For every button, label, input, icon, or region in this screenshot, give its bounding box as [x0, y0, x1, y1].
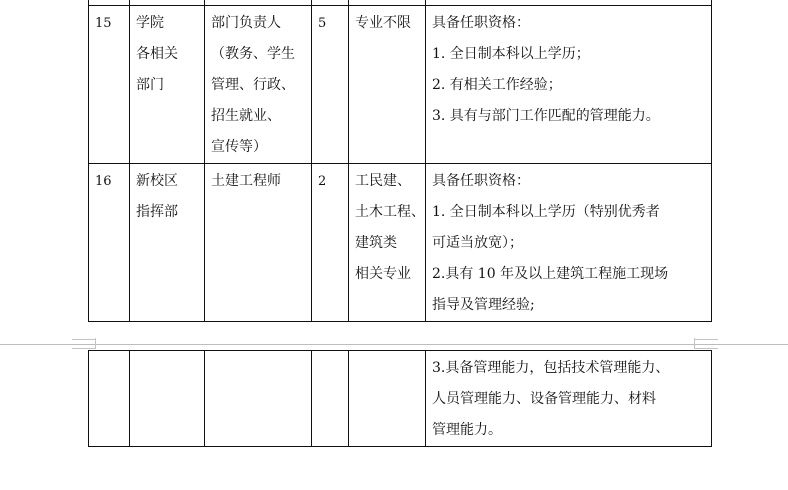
recruitment-table-page2: 3.具备管理能力，包括技术管理能力、 人员管理能力、设备管理能力、材料 管理能力…	[88, 350, 712, 447]
table-row-16: 16 新校区 指挥部 土建工程师 2 工民建、 土木工程、 建筑类 相关专业 具…	[89, 164, 712, 322]
crop-mark-left	[95, 338, 96, 348]
position-line: 土建工程师	[211, 166, 305, 197]
requirement-line: 1. 全日制本科以上学历（特别优秀者	[432, 197, 705, 228]
position-line: 招生就业、	[211, 101, 305, 132]
crop-mark-left	[72, 339, 96, 340]
major-line: 相关专业	[355, 259, 419, 290]
department-line: 新校区	[136, 166, 198, 197]
cell-count	[312, 351, 349, 447]
crop-mark-right	[694, 339, 718, 340]
cell-no: 16	[89, 164, 130, 322]
requirement-line: 可适当放宽）；	[432, 228, 705, 259]
major-line: 专业不限	[355, 8, 419, 39]
cell-major	[349, 351, 426, 447]
cell-department: 新校区 指挥部	[130, 164, 205, 322]
headcount: 5	[318, 8, 342, 39]
crop-mark-right	[694, 338, 695, 348]
row-number: 16	[95, 166, 123, 197]
row-number: 15	[95, 8, 123, 39]
major-line: 建筑类	[355, 228, 419, 259]
page-break-line	[0, 344, 788, 345]
cell-count: 2	[312, 164, 349, 322]
department-line: 各相关	[136, 39, 198, 70]
cell-department: 学院 各相关 部门	[130, 6, 205, 164]
cell-no	[89, 351, 130, 447]
cell-requirements: 具备任职资格： 1. 全日制本科以上学历（特别优秀者 可适当放宽）； 2.具有 …	[426, 164, 712, 322]
table-row-16-continued: 3.具备管理能力，包括技术管理能力、 人员管理能力、设备管理能力、材料 管理能力…	[89, 351, 712, 447]
table-row-15: 15 学院 各相关 部门 部门负责人 （教务、学生 管理、行政、 招生就业、 宣…	[89, 6, 712, 164]
cell-position	[205, 351, 312, 447]
cell-major: 工民建、 土木工程、 建筑类 相关专业	[349, 164, 426, 322]
department-line: 学院	[136, 8, 198, 39]
requirement-line: 人员管理能力、设备管理能力、材料	[432, 384, 705, 415]
headcount: 2	[318, 166, 342, 197]
major-line: 工民建、	[355, 166, 419, 197]
recruitment-table-page1: 15 学院 各相关 部门 部门负责人 （教务、学生 管理、行政、 招生就业、 宣…	[88, 0, 712, 322]
requirement-line: 3.具备管理能力，包括技术管理能力、	[432, 353, 705, 384]
position-line: 管理、行政、	[211, 70, 305, 101]
department-line: 部门	[136, 70, 198, 101]
cell-no: 15	[89, 6, 130, 164]
position-line: （教务、学生	[211, 39, 305, 70]
cell-count: 5	[312, 6, 349, 164]
crop-mark-left	[72, 348, 96, 349]
department-line: 指挥部	[136, 197, 198, 228]
cell-requirements: 3.具备管理能力，包括技术管理能力、 人员管理能力、设备管理能力、材料 管理能力…	[426, 351, 712, 447]
crop-mark-right	[694, 348, 718, 349]
requirement-line: 具备任职资格：	[432, 8, 705, 39]
cell-major: 专业不限	[349, 6, 426, 164]
position-line: 部门负责人	[211, 8, 305, 39]
requirement-line: 指导及管理经验;	[432, 290, 705, 321]
requirement-line: 2.具有 10 年及以上建筑工程施工现场	[432, 259, 705, 290]
major-line: 土木工程、	[355, 197, 419, 228]
requirement-line: 2. 有相关工作经验；	[432, 70, 705, 101]
cell-department	[130, 351, 205, 447]
position-line: 宣传等）	[211, 132, 305, 163]
requirement-line: 具备任职资格：	[432, 166, 705, 197]
cell-requirements: 具备任职资格： 1. 全日制本科以上学历； 2. 有相关工作经验； 3. 具有与…	[426, 6, 712, 164]
requirement-line: 3. 具有与部门工作匹配的管理能力。	[432, 101, 705, 132]
cell-position: 部门负责人 （教务、学生 管理、行政、 招生就业、 宣传等）	[205, 6, 312, 164]
requirement-line: 1. 全日制本科以上学历；	[432, 39, 705, 70]
requirement-line: 管理能力。	[432, 415, 705, 446]
cell-position: 土建工程师	[205, 164, 312, 322]
